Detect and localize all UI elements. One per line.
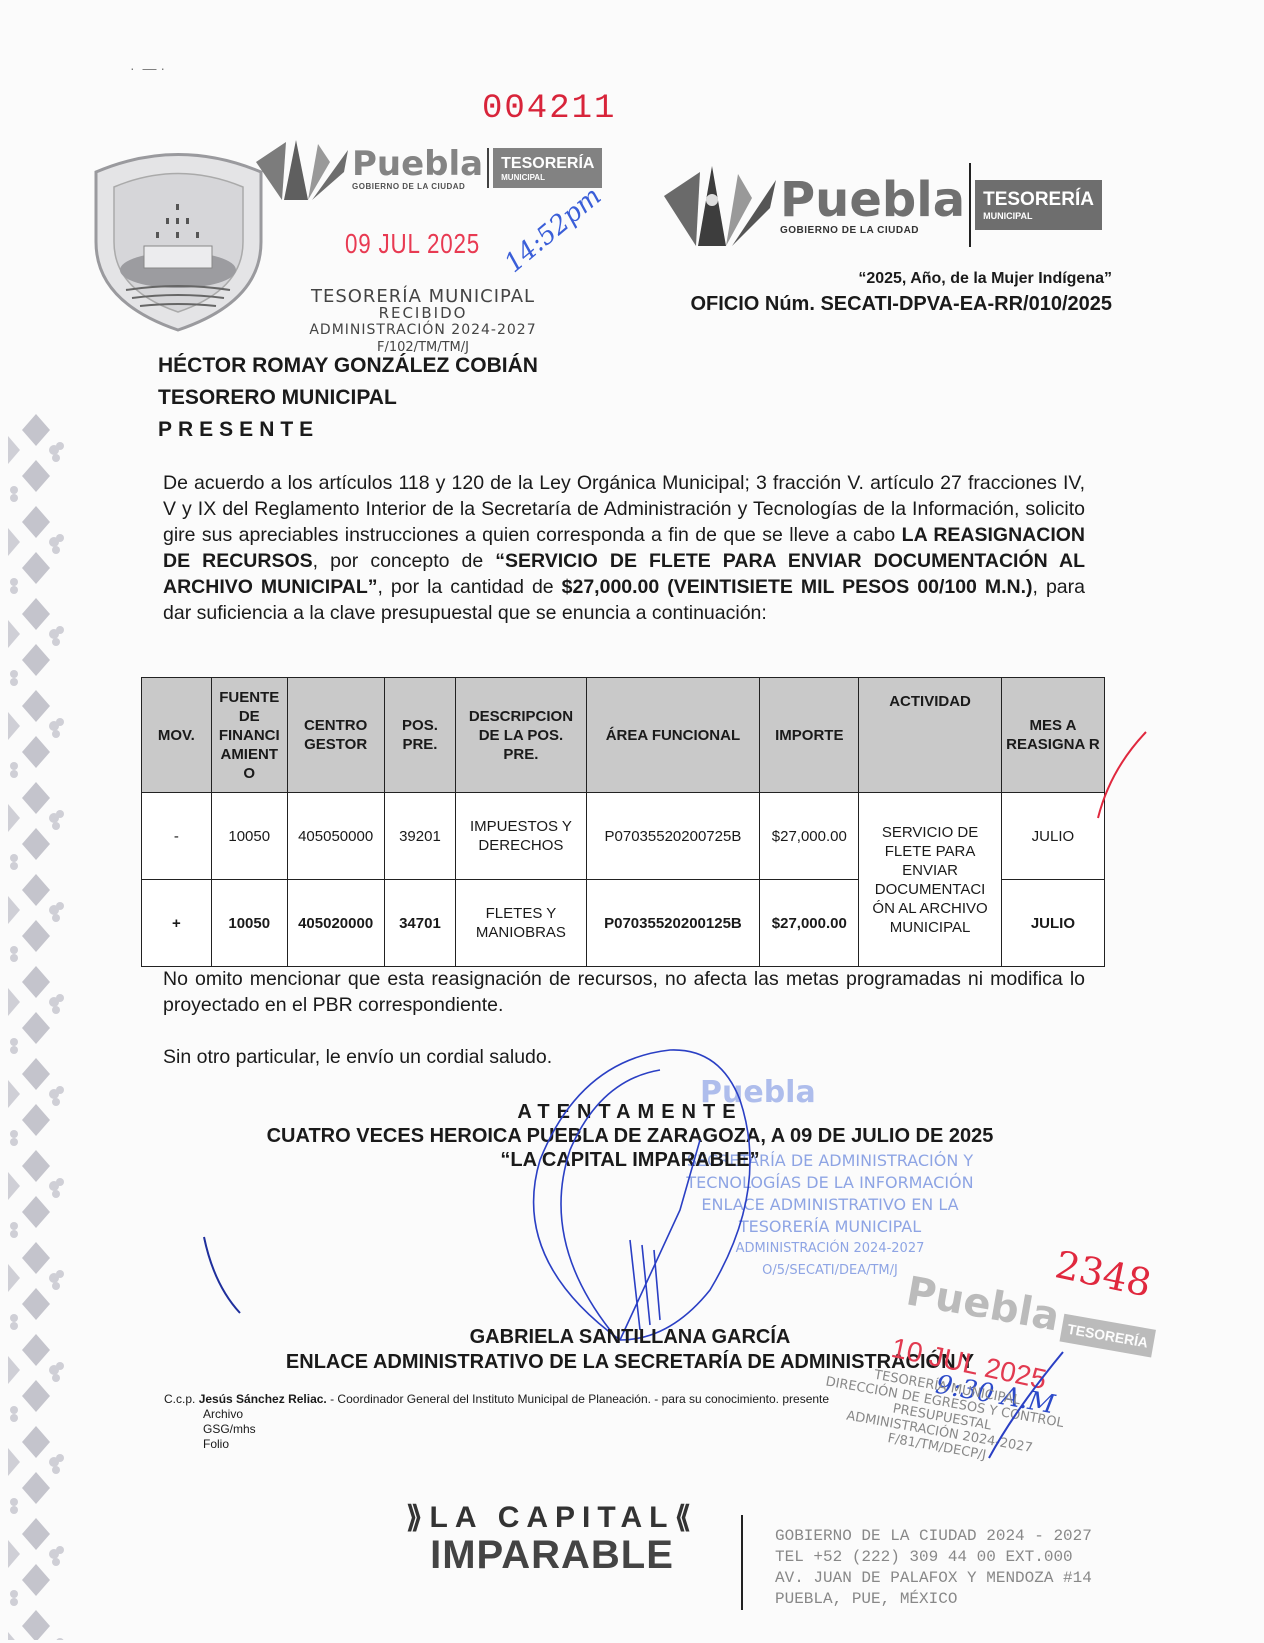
divider [969, 163, 971, 247]
received-date-stamp: 09 JUL 2025 [345, 228, 480, 260]
signature [470, 1040, 870, 1350]
footer-divider [741, 1515, 743, 1610]
tesoreria-badge: TESORERÍA MUNICIPAL [975, 180, 1102, 230]
folio-stamp: 004211 [482, 90, 616, 128]
pen-stroke [985, 1350, 1065, 1460]
scan-marks: · — · [130, 60, 165, 76]
recipient-title: TESORERO MUNICIPAL [158, 382, 538, 414]
footer-address: GOBIERNO DE LA CIUDAD 2024 - 2027 TEL +5… [775, 1526, 1092, 1610]
wing-right-icon: ⟪ [674, 1501, 698, 1534]
signer-name: GABRIELA SANTILLANA GARCÍA [60, 1325, 1200, 1350]
recipient-name: HÉCTOR ROMAY GONZÁLEZ COBIÁN [158, 350, 538, 382]
wing-left-icon: ⟫ [406, 1501, 430, 1534]
puebla-tesoreria-logo-small: Puebla GOBIERNO DE LA CIUDAD TESORERÍA M… [252, 132, 602, 204]
table-header-row: MOV. FUENTE DE FINANCI AMIENT O CENTRO G… [142, 678, 1105, 793]
year-motto: “2025, Año, de la Mujer Indígena” [858, 270, 1112, 288]
puebla-tesoreria-logo: Puebla GOBIERNO DE LA CIUDAD TESORERÍA M… [660, 160, 1102, 250]
ccp-block: C.c.p. Jesús Sánchez Reliac. - Coordinad… [164, 1392, 829, 1452]
red-check-mark [1090, 730, 1150, 820]
table-row: - 10050 405050000 39201 IMPUESTOS Y DERE… [142, 793, 1105, 880]
divider [487, 148, 489, 188]
pen-stroke [200, 1235, 250, 1315]
body-paragraph-2: No omito mencionar que esta reasignación… [163, 966, 1085, 1018]
ornamental-border [6, 410, 66, 1640]
oficio-number: OFICIO Núm. SECATI-DPVA-EA-RR/010/2025 [690, 293, 1112, 316]
city-shield-icon [86, 142, 271, 332]
received-stamp: TESORERÍA MUNICIPAL RECIBIDO ADMINISTRAC… [288, 288, 558, 356]
budget-reallocation-table: MOV. FUENTE DE FINANCI AMIENT O CENTRO G… [141, 677, 1105, 967]
salutation: PRESENTE [158, 414, 538, 446]
puebla-emblem-icon [252, 132, 352, 204]
body-paragraph-1: De acuerdo a los artículos 118 y 120 de … [163, 470, 1085, 626]
la-capital-imparable-logo: ⟫LA CAPITAL⟪ IMPARABLE [402, 1500, 702, 1575]
actividad-cell: SERVICIO DE FLETE PARA ENVIAR DOCUMENTAC… [859, 793, 1002, 967]
puebla-emblem-icon [660, 160, 780, 250]
recipient-block: HÉCTOR ROMAY GONZÁLEZ COBIÁN TESORERO MU… [158, 350, 538, 446]
